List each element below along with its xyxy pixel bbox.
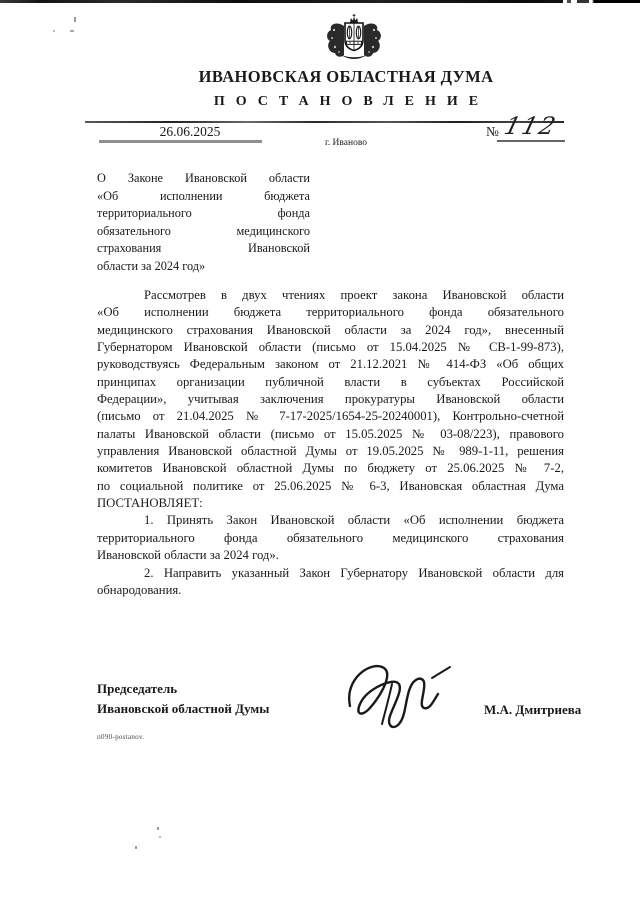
signatory-position-line2: Ивановской областной Думы	[97, 699, 269, 719]
body-line: принципах организации публичной власти в…	[97, 374, 564, 391]
body-line: управления Ивановской областной Думы от …	[97, 443, 564, 460]
body-line: территориального фонда обязательного мед…	[97, 530, 564, 547]
body-line: Федерации», учитывая заключения прокурат…	[97, 391, 564, 408]
body-line: Губернатором Ивановской области (письмо …	[97, 339, 564, 356]
subject-line: территориального фонда	[97, 205, 310, 223]
subject-line: обязательного медицинского	[97, 223, 310, 241]
subject-line: «Об исполнении бюджета	[97, 188, 310, 206]
scan-speck	[159, 836, 161, 838]
resolution-body: Рассмотрев в двух чтениях проект закона …	[97, 287, 564, 599]
scan-speck	[70, 30, 74, 32]
body-line: по социальной политике от 25.06.2025 № 6…	[97, 478, 564, 495]
header-horizontal-rule	[85, 121, 564, 123]
document-file-code: п090-postanov.	[97, 733, 144, 741]
body-line: медицинского страхования Ивановской обла…	[97, 322, 564, 339]
scan-speck	[74, 17, 76, 22]
subject-block: О Законе Ивановской области «Об исполнен…	[97, 170, 310, 276]
body-line-resolves: ПОСТАНОВЛЯЕТ:	[97, 495, 564, 512]
coat-of-arms-icon	[317, 13, 391, 65]
body-line: Рассмотрев в двух чтениях проект закона …	[97, 287, 564, 304]
signatory-name: М.А. Дмитриева	[484, 702, 581, 718]
scan-speck	[135, 846, 137, 849]
body-line: «Об исполнении бюджета территориального …	[97, 304, 564, 321]
handwritten-signature-icon	[330, 650, 470, 734]
signatory-position-line1: Председатель	[97, 679, 269, 699]
subject-line: страхования Ивановской	[97, 240, 310, 258]
scan-speck	[53, 30, 55, 32]
scan-speck	[157, 827, 159, 830]
organization-name: ИВАНОВСКАЯ ОБЛАСТНАЯ ДУМА	[90, 67, 602, 87]
scan-edge-artifact	[0, 0, 640, 3]
body-line-item-2: 2. Направить указанный Закон Губернатору…	[97, 565, 564, 582]
body-line: комитетов Ивановской областной Думы по б…	[97, 460, 564, 477]
subject-line: О Законе Ивановской области	[97, 170, 310, 188]
body-line: (письмо от 21.04.2025 № 7-17-2025/1654-2…	[97, 408, 564, 425]
subject-line: области за 2024 год»	[97, 258, 310, 276]
body-line: обнародования.	[97, 582, 564, 599]
body-line: палаты Ивановской области (письмо от 15.…	[97, 426, 564, 443]
body-line: руководствуясь Федеральным законом от 21…	[97, 356, 564, 373]
place-of-issue: г. Иваново	[90, 138, 602, 148]
document-page: ИВАНОВСКАЯ ОБЛАСТНАЯ ДУМА ПОСТАНОВЛЕНИЕ …	[0, 0, 640, 905]
document-type-title: ПОСТАНОВЛЕНИЕ	[90, 94, 602, 110]
document-number-handwritten: 112	[502, 112, 561, 140]
signatory-position: Председатель Ивановской областной Думы	[97, 679, 269, 718]
body-line-item-1: 1. Принять Закон Ивановской области «Об …	[97, 512, 564, 529]
body-line: Ивановской области за 2024 год».	[97, 547, 564, 564]
